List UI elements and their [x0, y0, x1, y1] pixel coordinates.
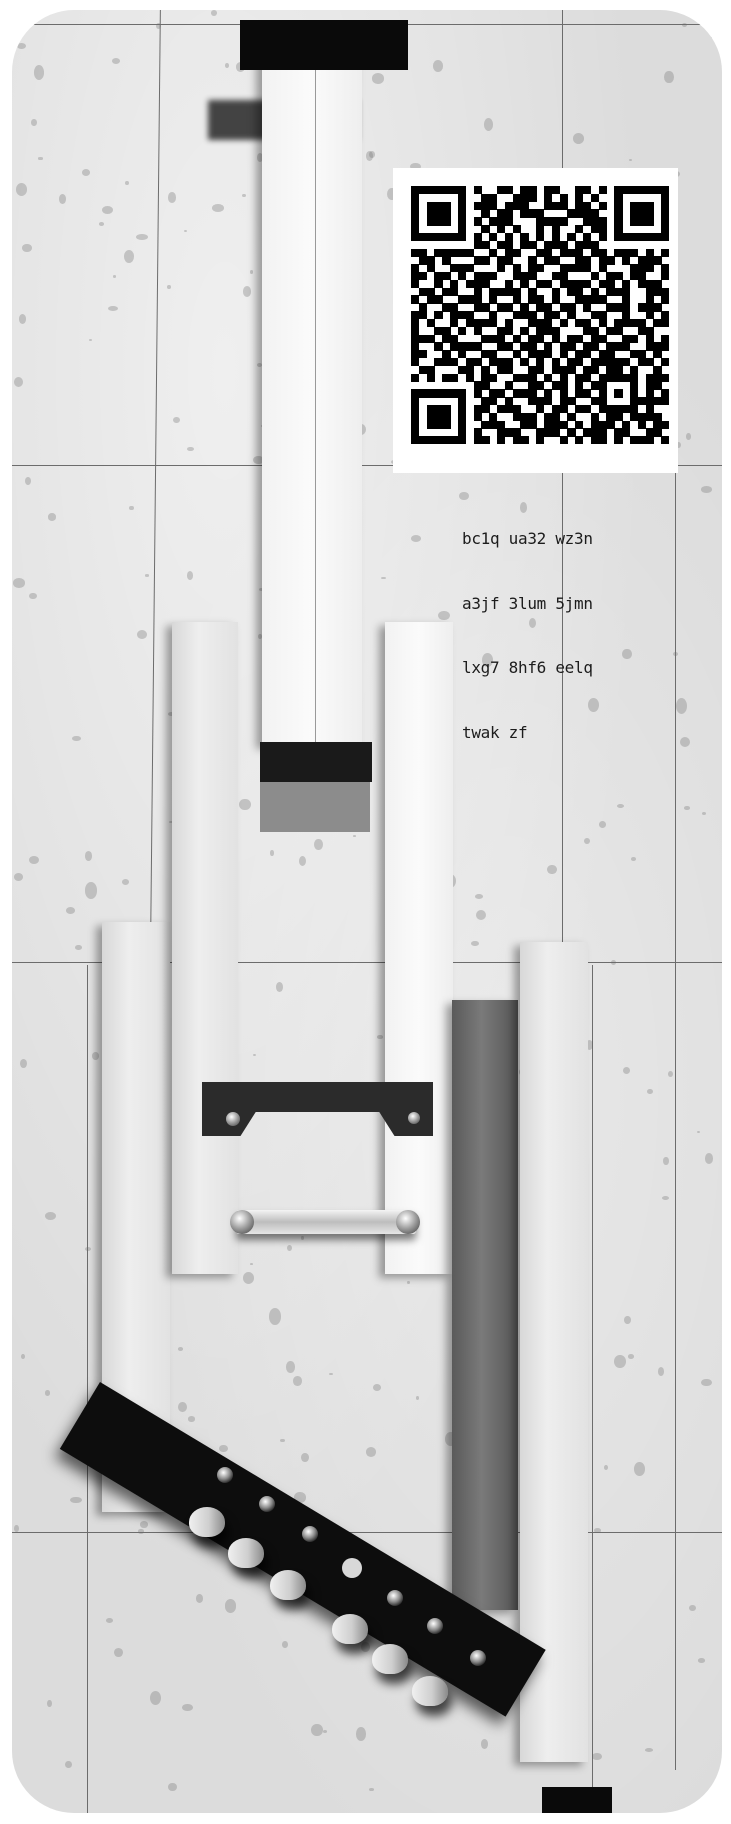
floor-speckle — [282, 1641, 288, 1648]
floor-speckle — [484, 118, 493, 131]
saddle-bar — [236, 1210, 416, 1234]
floor-speckle — [250, 270, 253, 273]
floor-speckle — [329, 1373, 333, 1375]
floor-speckle — [65, 1761, 72, 1768]
floor-speckle — [407, 1281, 410, 1285]
floor-speckle — [70, 1497, 82, 1504]
floor-speckle — [366, 1447, 377, 1457]
floor-speckle — [686, 433, 691, 440]
guitar-neck — [262, 55, 362, 745]
tile-line — [675, 470, 676, 1770]
tuner-peg-icon — [332, 1614, 368, 1644]
address-line: lxg7 8hf6 eelq — [462, 657, 593, 679]
screw-icon — [230, 1210, 254, 1234]
floor-speckle — [592, 1753, 601, 1760]
floor-speckle — [702, 812, 707, 815]
floor-speckle — [243, 286, 251, 296]
floor-speckle — [381, 577, 386, 580]
floor-speckle — [47, 1700, 52, 1707]
floor-speckle — [102, 206, 113, 214]
tuner-peg-icon — [270, 1570, 306, 1600]
floor-speckle — [416, 1396, 419, 1399]
tuner-peg-icon — [412, 1676, 448, 1706]
floor-speckle — [701, 486, 713, 493]
floor-speckle — [280, 1439, 284, 1442]
floor-speckle — [125, 181, 129, 185]
floor-speckle — [311, 1724, 323, 1737]
floor-speckle — [59, 194, 66, 204]
floor-speckle — [168, 1783, 177, 1792]
floor-speckle — [29, 856, 39, 864]
floor-speckle — [188, 1416, 195, 1421]
floor-speckle — [623, 1067, 630, 1074]
floor-speckle — [353, 835, 356, 837]
bridge-plate — [202, 1082, 433, 1112]
floor-speckle — [662, 1196, 669, 1200]
floor-speckle — [614, 1355, 625, 1368]
floor-speckle — [356, 1727, 366, 1740]
bitcoin-address[interactable]: bc1q ua32 wz3n a3jf 3lum 5jmn lxg7 8hf6 … — [462, 485, 593, 765]
floor-speckle — [270, 850, 273, 855]
tuner-hole — [342, 1558, 362, 1578]
floor-speckle — [293, 1376, 301, 1386]
floor-speckle — [599, 821, 606, 828]
floor-speckle — [225, 63, 230, 68]
floor-speckle — [140, 1521, 148, 1527]
floor-speckle — [647, 1089, 653, 1094]
floor-speckle — [178, 1347, 183, 1350]
floor-speckle — [187, 571, 193, 580]
tuner-peg-icon — [228, 1538, 264, 1568]
floor-speckle — [124, 250, 134, 263]
floor-speckle — [366, 151, 373, 161]
floor-speckle — [242, 194, 246, 198]
floor-speckle — [481, 1739, 488, 1748]
screw-icon — [396, 1210, 420, 1234]
floor-speckle — [243, 1272, 255, 1284]
floor-speckle — [372, 73, 384, 83]
floor-speckle — [150, 1691, 161, 1705]
headstock-cap — [240, 20, 408, 70]
tuner-post-icon — [387, 1590, 403, 1606]
floor-speckle — [631, 857, 636, 861]
floor-speckle — [99, 222, 105, 226]
wing-nut-icon — [408, 1112, 420, 1124]
floor-speckle — [82, 169, 91, 176]
floor-speckle — [38, 157, 43, 159]
floor-speckle — [45, 1212, 56, 1220]
floor-speckle — [664, 71, 674, 84]
floor-speckle — [14, 377, 23, 387]
floor-speckle — [622, 649, 631, 660]
floor-speckle — [113, 275, 117, 278]
floor-speckle — [17, 43, 26, 49]
floor-speckle — [92, 1052, 99, 1060]
floor-speckle — [211, 10, 218, 16]
floor-speckle — [617, 804, 624, 808]
tuner-peg-icon — [372, 1644, 408, 1674]
floor-speckle — [122, 879, 129, 885]
floor-speckle — [475, 894, 483, 899]
floor-speckle — [269, 1308, 281, 1325]
floor-speckle — [689, 1605, 696, 1612]
body-plank-left-inner — [172, 622, 238, 1274]
floor-speckle — [668, 1071, 673, 1077]
floor-speckle — [624, 1316, 631, 1324]
floor-speckle — [137, 630, 147, 640]
floor-speckle — [45, 1390, 51, 1395]
floor-speckle — [547, 865, 556, 874]
floor-speckle — [114, 1648, 123, 1657]
floor-speckle — [628, 1354, 634, 1359]
floor-speckle — [377, 1035, 382, 1039]
floor-speckle — [184, 230, 187, 233]
floor-speckle — [225, 1599, 237, 1612]
floor-speckle — [584, 838, 590, 844]
floor-speckle — [31, 119, 37, 126]
floor-speckle — [48, 513, 55, 520]
tuner-post-icon — [302, 1526, 318, 1542]
floor-speckle — [705, 1153, 713, 1164]
floor-speckle — [286, 1361, 295, 1372]
floor-speckle — [34, 65, 45, 80]
tile-line — [87, 965, 88, 1813]
floor-speckle — [14, 873, 23, 881]
floor-speckle — [697, 1131, 700, 1133]
tile-line — [150, 10, 161, 940]
neck-joint-gap — [260, 742, 372, 782]
floor-speckle — [411, 535, 422, 542]
floor-speckle — [89, 339, 93, 341]
floor-speckle — [299, 856, 306, 867]
floor-speckle — [314, 839, 323, 851]
tuner-post-icon — [259, 1496, 275, 1512]
tuner-post-icon — [427, 1618, 443, 1634]
floor-speckle — [182, 1704, 192, 1711]
floor-speckle — [25, 477, 31, 485]
floor-speckle — [684, 806, 689, 810]
floor-speckle — [301, 1236, 304, 1240]
floor-speckle — [629, 159, 633, 161]
floor-speckle — [680, 737, 691, 748]
floor-speckle — [361, 1642, 370, 1653]
neck-seam — [315, 55, 316, 745]
tile-line — [12, 1532, 722, 1533]
floor-speckle — [301, 1453, 309, 1463]
tuner-post-icon — [470, 1650, 486, 1666]
tail-block — [542, 1787, 612, 1813]
floor-speckle — [75, 945, 81, 950]
floor-speckle — [13, 578, 25, 587]
floor-speckle — [438, 611, 450, 621]
floor-speckle — [20, 1059, 27, 1068]
floor-speckle — [85, 851, 92, 860]
floor-speckle — [373, 1384, 381, 1391]
floor-speckle — [16, 183, 28, 196]
address-line: a3jf 3lum 5jmn — [462, 593, 593, 615]
body-plank-right-dark — [452, 1000, 518, 1610]
floor-speckle — [136, 234, 148, 240]
floor-speckle — [369, 1788, 374, 1791]
qr-code-icon[interactable] — [411, 186, 669, 444]
floor-speckle — [196, 1594, 204, 1603]
floor-speckle — [187, 447, 193, 451]
floor-speckle — [85, 882, 97, 898]
floor-speckle — [19, 314, 26, 324]
neck-joint-block — [260, 782, 370, 832]
floor-speckle — [106, 1618, 114, 1624]
address-line: bc1q ua32 wz3n — [462, 528, 593, 550]
floor-speckle — [66, 907, 75, 914]
floor-speckle — [14, 1525, 19, 1532]
floor-speckle — [72, 736, 81, 741]
address-line: twak zf — [462, 722, 593, 744]
floor-speckle — [287, 1245, 292, 1251]
floor-speckle — [112, 58, 121, 64]
tuner-post-icon — [217, 1467, 233, 1483]
floor-speckle — [476, 910, 486, 920]
floor-speckle — [676, 698, 687, 714]
floor-speckle — [471, 941, 478, 946]
floor-speckle — [323, 1730, 327, 1733]
floor-speckle — [604, 1465, 608, 1470]
floor-speckle — [145, 574, 149, 576]
floor-speckle — [645, 1748, 653, 1752]
floor-speckle — [250, 1263, 253, 1265]
floor-speckle — [168, 192, 176, 203]
tile-line — [592, 965, 593, 1813]
floor-speckle — [21, 1354, 25, 1360]
wing-nut-icon — [226, 1112, 240, 1126]
floor-speckle — [634, 1462, 645, 1476]
floor-speckle — [29, 593, 37, 600]
floor-speckle — [173, 417, 180, 424]
floor-speckle — [658, 1367, 664, 1376]
floor-speckle — [219, 1445, 228, 1453]
body-plank-right-inner — [385, 622, 453, 1274]
floor-speckle — [212, 204, 224, 212]
floor-speckle — [178, 1402, 187, 1412]
floor-speckle — [253, 1054, 256, 1057]
floor-speckle — [573, 133, 584, 144]
floor-speckle — [698, 1658, 705, 1663]
floor-speckle — [167, 285, 171, 289]
tuner-peg-icon — [189, 1507, 225, 1537]
floor-speckle — [22, 244, 31, 252]
floor-speckle — [276, 982, 283, 992]
floor-speckle — [239, 799, 251, 811]
floor-speckle — [129, 506, 133, 510]
floor-speckle — [701, 1379, 711, 1386]
floor-speckle — [433, 60, 443, 72]
floor-speckle — [663, 1157, 668, 1165]
floor-speckle — [108, 306, 118, 311]
body-plank-right-outer — [520, 942, 588, 1762]
floor-speckle — [711, 36, 717, 39]
